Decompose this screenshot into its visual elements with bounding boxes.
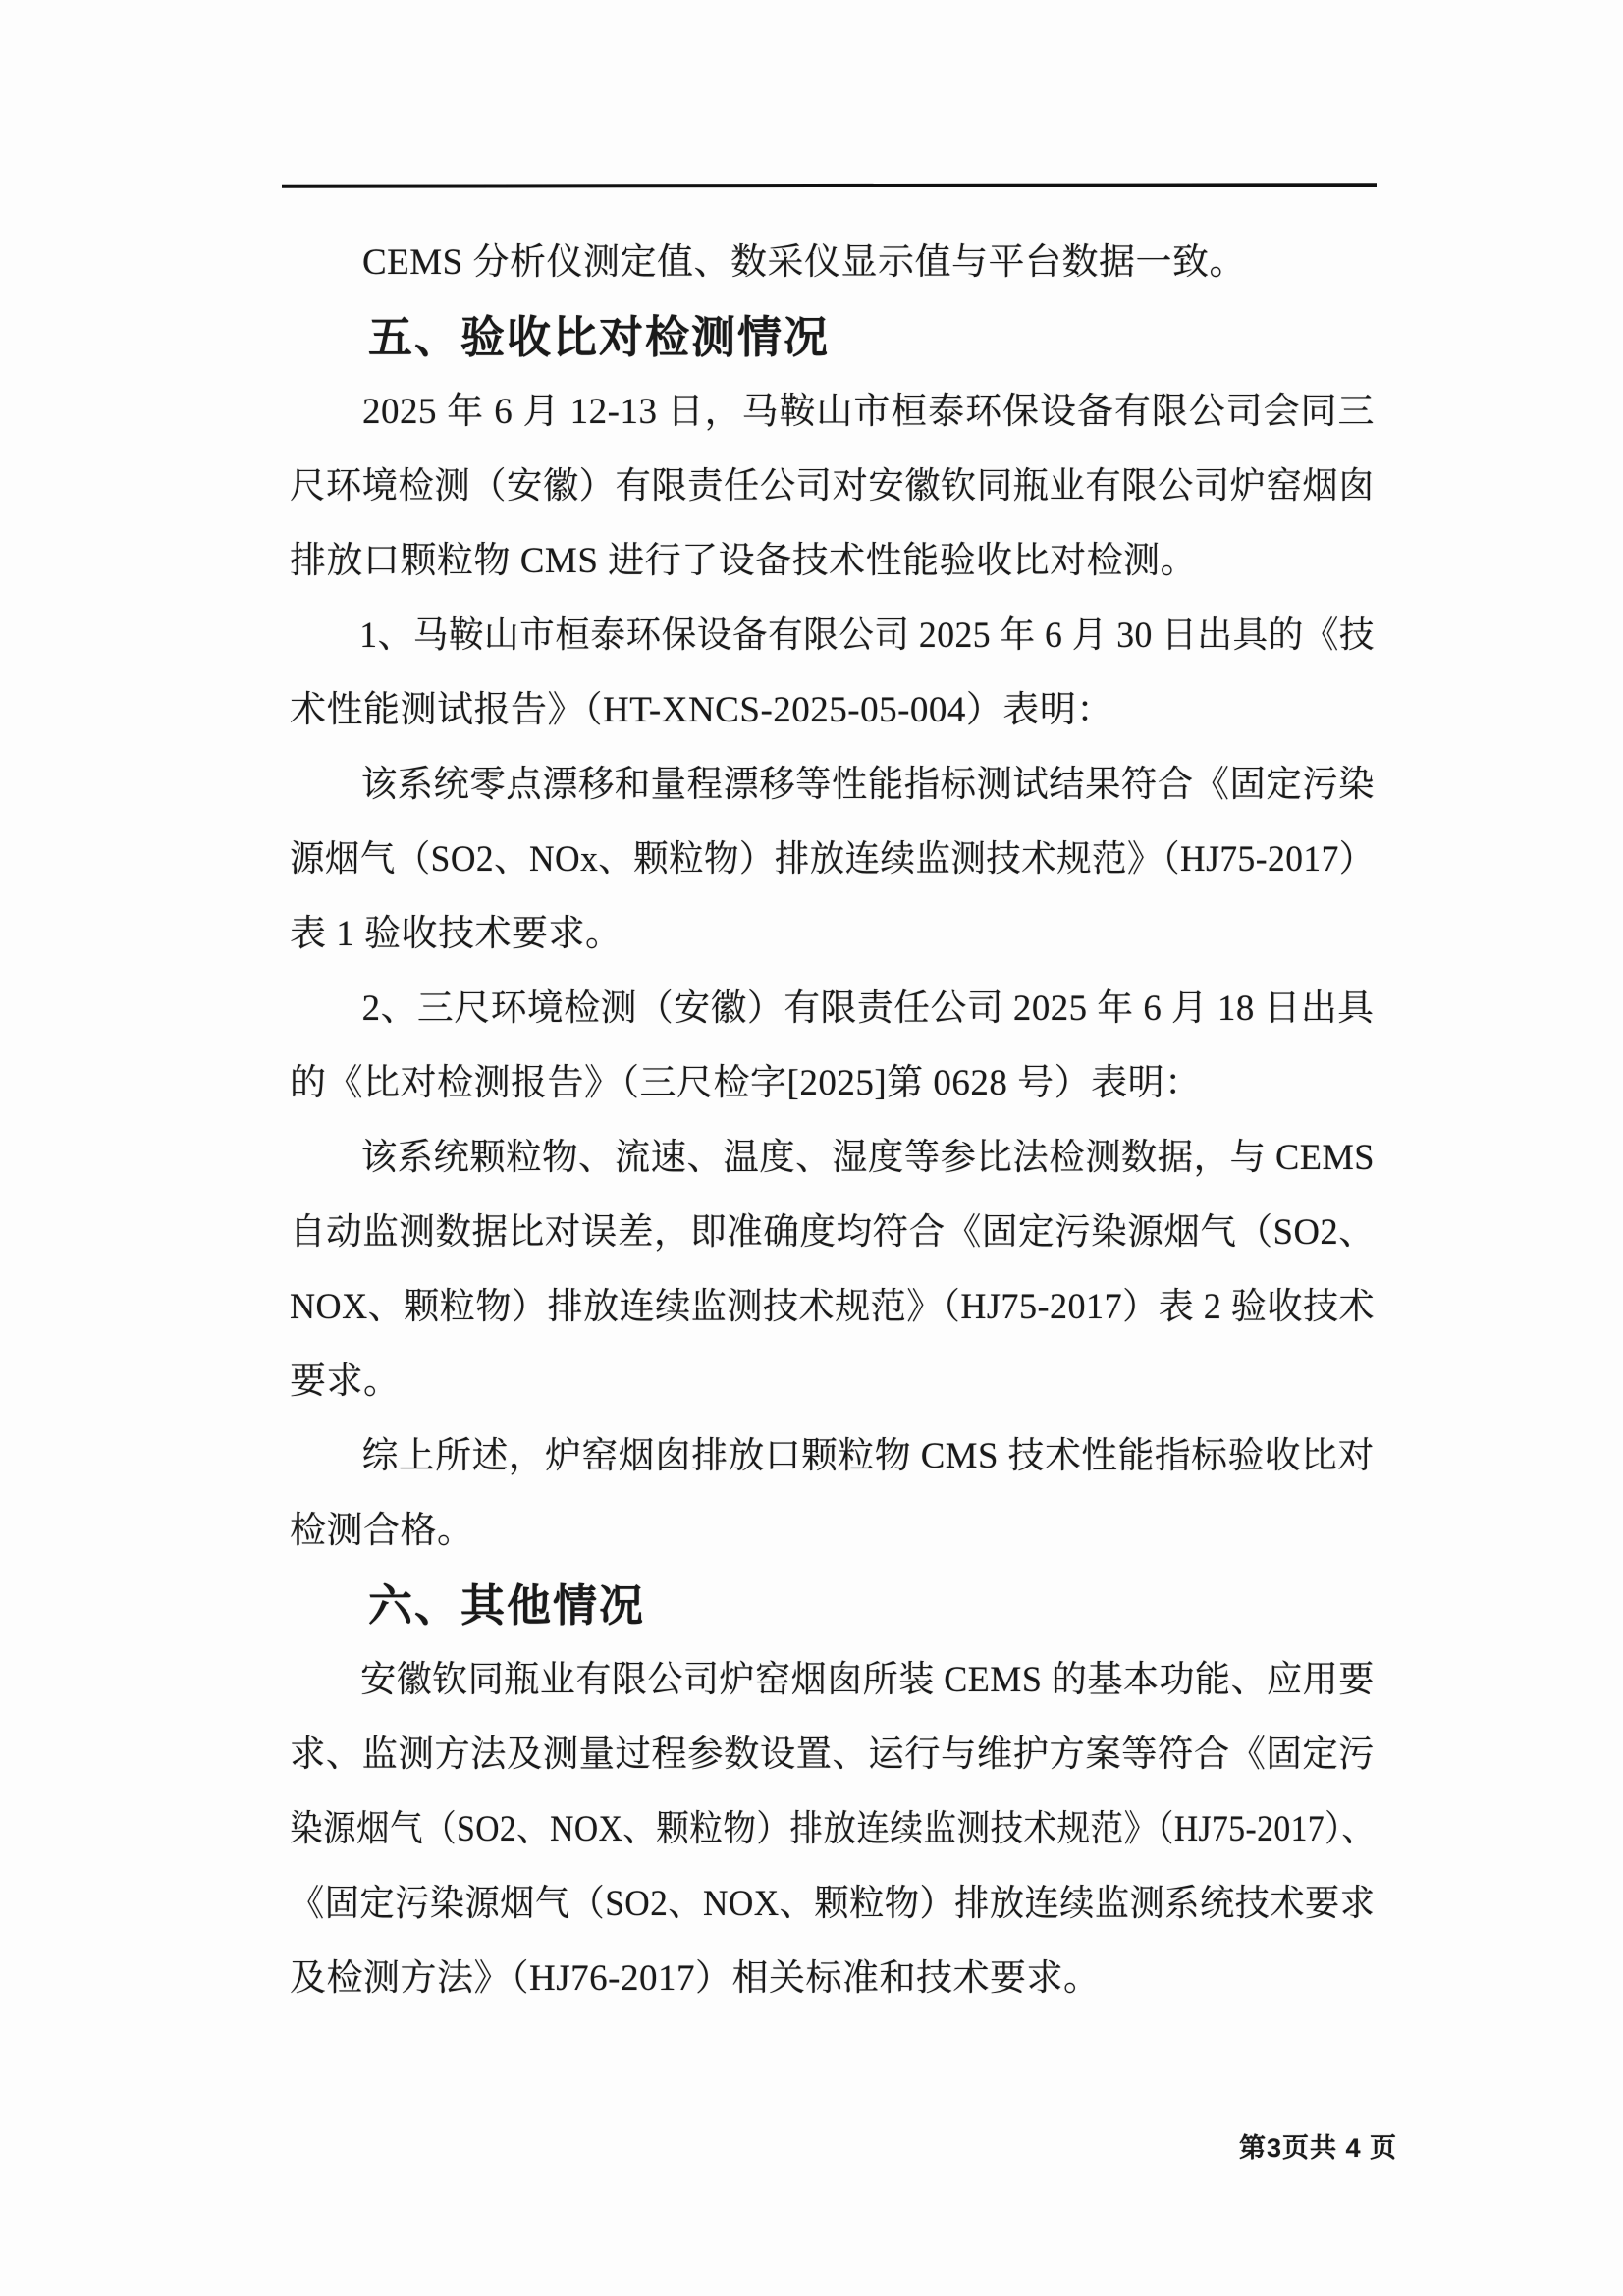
page-number-footer: 第3页共 4 页: [1239, 2126, 1397, 2164]
text-line: 自动监测数据比对误差，即准确度均符合《固定污染源烟气（SO2、: [290, 1196, 1363, 1270]
text-line: 《固定污染源烟气（SO2、NOX、颗粒物）排放连续监测系统技术要求: [290, 1867, 1323, 1942]
text-line: 2、三尺环境检测（安徽）有限责任公司 2025 年 6 月 18 日出具: [290, 972, 1370, 1046]
text-line: 2025 年 6 月 12-13 日，马鞍山市桓泰环保设备有限公司会同三: [290, 375, 1375, 450]
text-line: 该系统零点漂移和量程漂移等性能指标测试结果符合《固定污染: [290, 748, 1356, 823]
text-line: 尺环境检测（安徽）有限责任公司对安徽钦同瓶业有限公司炉窑烟囱: [290, 450, 1355, 524]
text-line: 安徽钦同瓶业有限公司炉窑烟囱所装 CEMS 的基本功能、应用要: [290, 1643, 1347, 1718]
text-line: NOX、颗粒物）排放连续监测技术规范》（HJ75-2017）表 2 验收技术: [290, 1270, 1348, 1345]
section-heading: 六、其他情况: [290, 1569, 1375, 1643]
text-line: CEMS 分析仪测定值、数采仪显示值与平台数据一致。: [290, 226, 1375, 300]
text-line: 源烟气（SO2、NOx、颗粒物）排放连续监测技术规范》（HJ75-2017）: [290, 823, 1328, 897]
text-line: 的《比对检测报告》（三尺检字[2025]第 0628 号）表明：: [290, 1046, 1375, 1121]
text-line: 1、马鞍山市桓泰环保设备有限公司 2025 年 6 月 30 日出具的《技: [290, 599, 1335, 673]
text-line: 检测合格。: [290, 1494, 1375, 1569]
text-line: 求、监测方法及测量过程参数设置、运行与维护方案等符合《固定污: [290, 1718, 1355, 1792]
text-line: 要求。: [290, 1345, 1375, 1419]
text-line: 染源烟气（SO2、NOX、颗粒物）排放连续监测技术规范》（HJ75-2017）、: [290, 1792, 1273, 1867]
text-line: 术性能测试报告》（HT-XNCS-2025-05-004）表明：: [290, 673, 1375, 748]
header-separator-line: [282, 183, 1377, 188]
text-column: CEMS 分析仪测定值、数采仪显示值与平台数据一致。五、验收比对检测情况2025…: [290, 226, 1375, 2016]
text-line: 排放口颗粒物 CMS 进行了设备技术性能验收比对检测。: [290, 524, 1375, 599]
text-line: 及检测方法》（HJ76-2017）相关标准和技术要求。: [290, 1942, 1375, 2016]
scanned-document-page: CEMS 分析仪测定值、数采仪显示值与平台数据一致。五、验收比对检测情况2025…: [0, 0, 1623, 2296]
text-line: 表 1 验收技术要求。: [290, 897, 1375, 972]
text-line: 综上所述，炉窑烟囱排放口颗粒物 CMS 技术性能指标验收比对: [290, 1419, 1369, 1494]
section-heading: 五、验收比对检测情况: [290, 300, 1375, 375]
text-line: 该系统颗粒物、流速、温度、湿度等参比法检测数据，与 CEMS: [290, 1121, 1356, 1196]
